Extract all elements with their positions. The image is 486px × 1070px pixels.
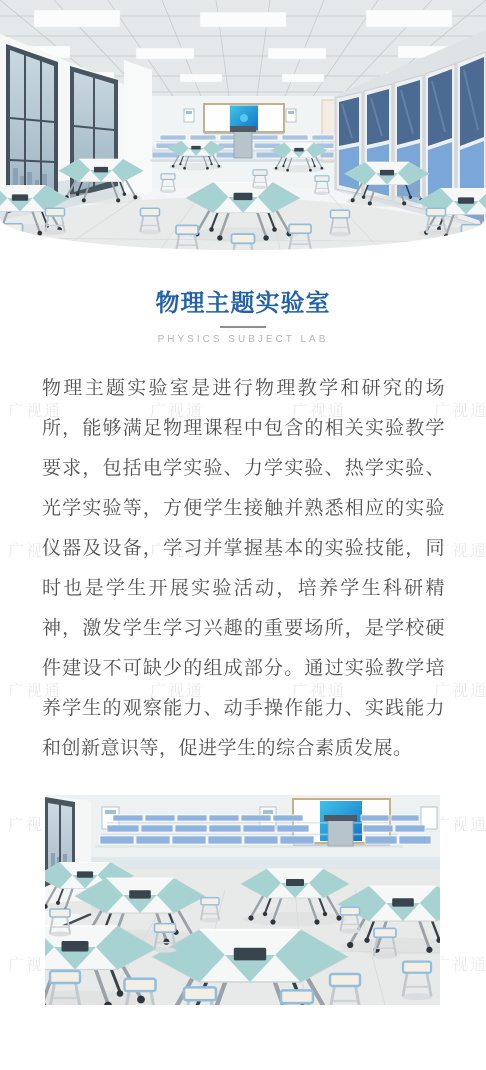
hero-image-wrap — [0, 0, 486, 250]
bottom-image-wrap — [45, 795, 440, 1005]
title-divider — [220, 326, 266, 328]
page-subtitle: PHYSICS SUBJECT LAB — [0, 334, 486, 345]
watermark-text: 广视通 — [434, 952, 486, 975]
bottom-image — [45, 795, 440, 1005]
page-title: 物理主题实验室 — [0, 283, 486, 318]
article-page: 广视通广视通广视通广视通广视通广视通广视通广视通广视通广视通广视通广视通广视通广… — [0, 0, 486, 1070]
description-paragraph: 物理主题实验室是进行物理教学和研究的场所，能够满足物理课程中包含的相关实验教学要… — [42, 369, 445, 769]
watermark-text: 广视通 — [434, 812, 486, 835]
hero-image — [0, 0, 486, 250]
